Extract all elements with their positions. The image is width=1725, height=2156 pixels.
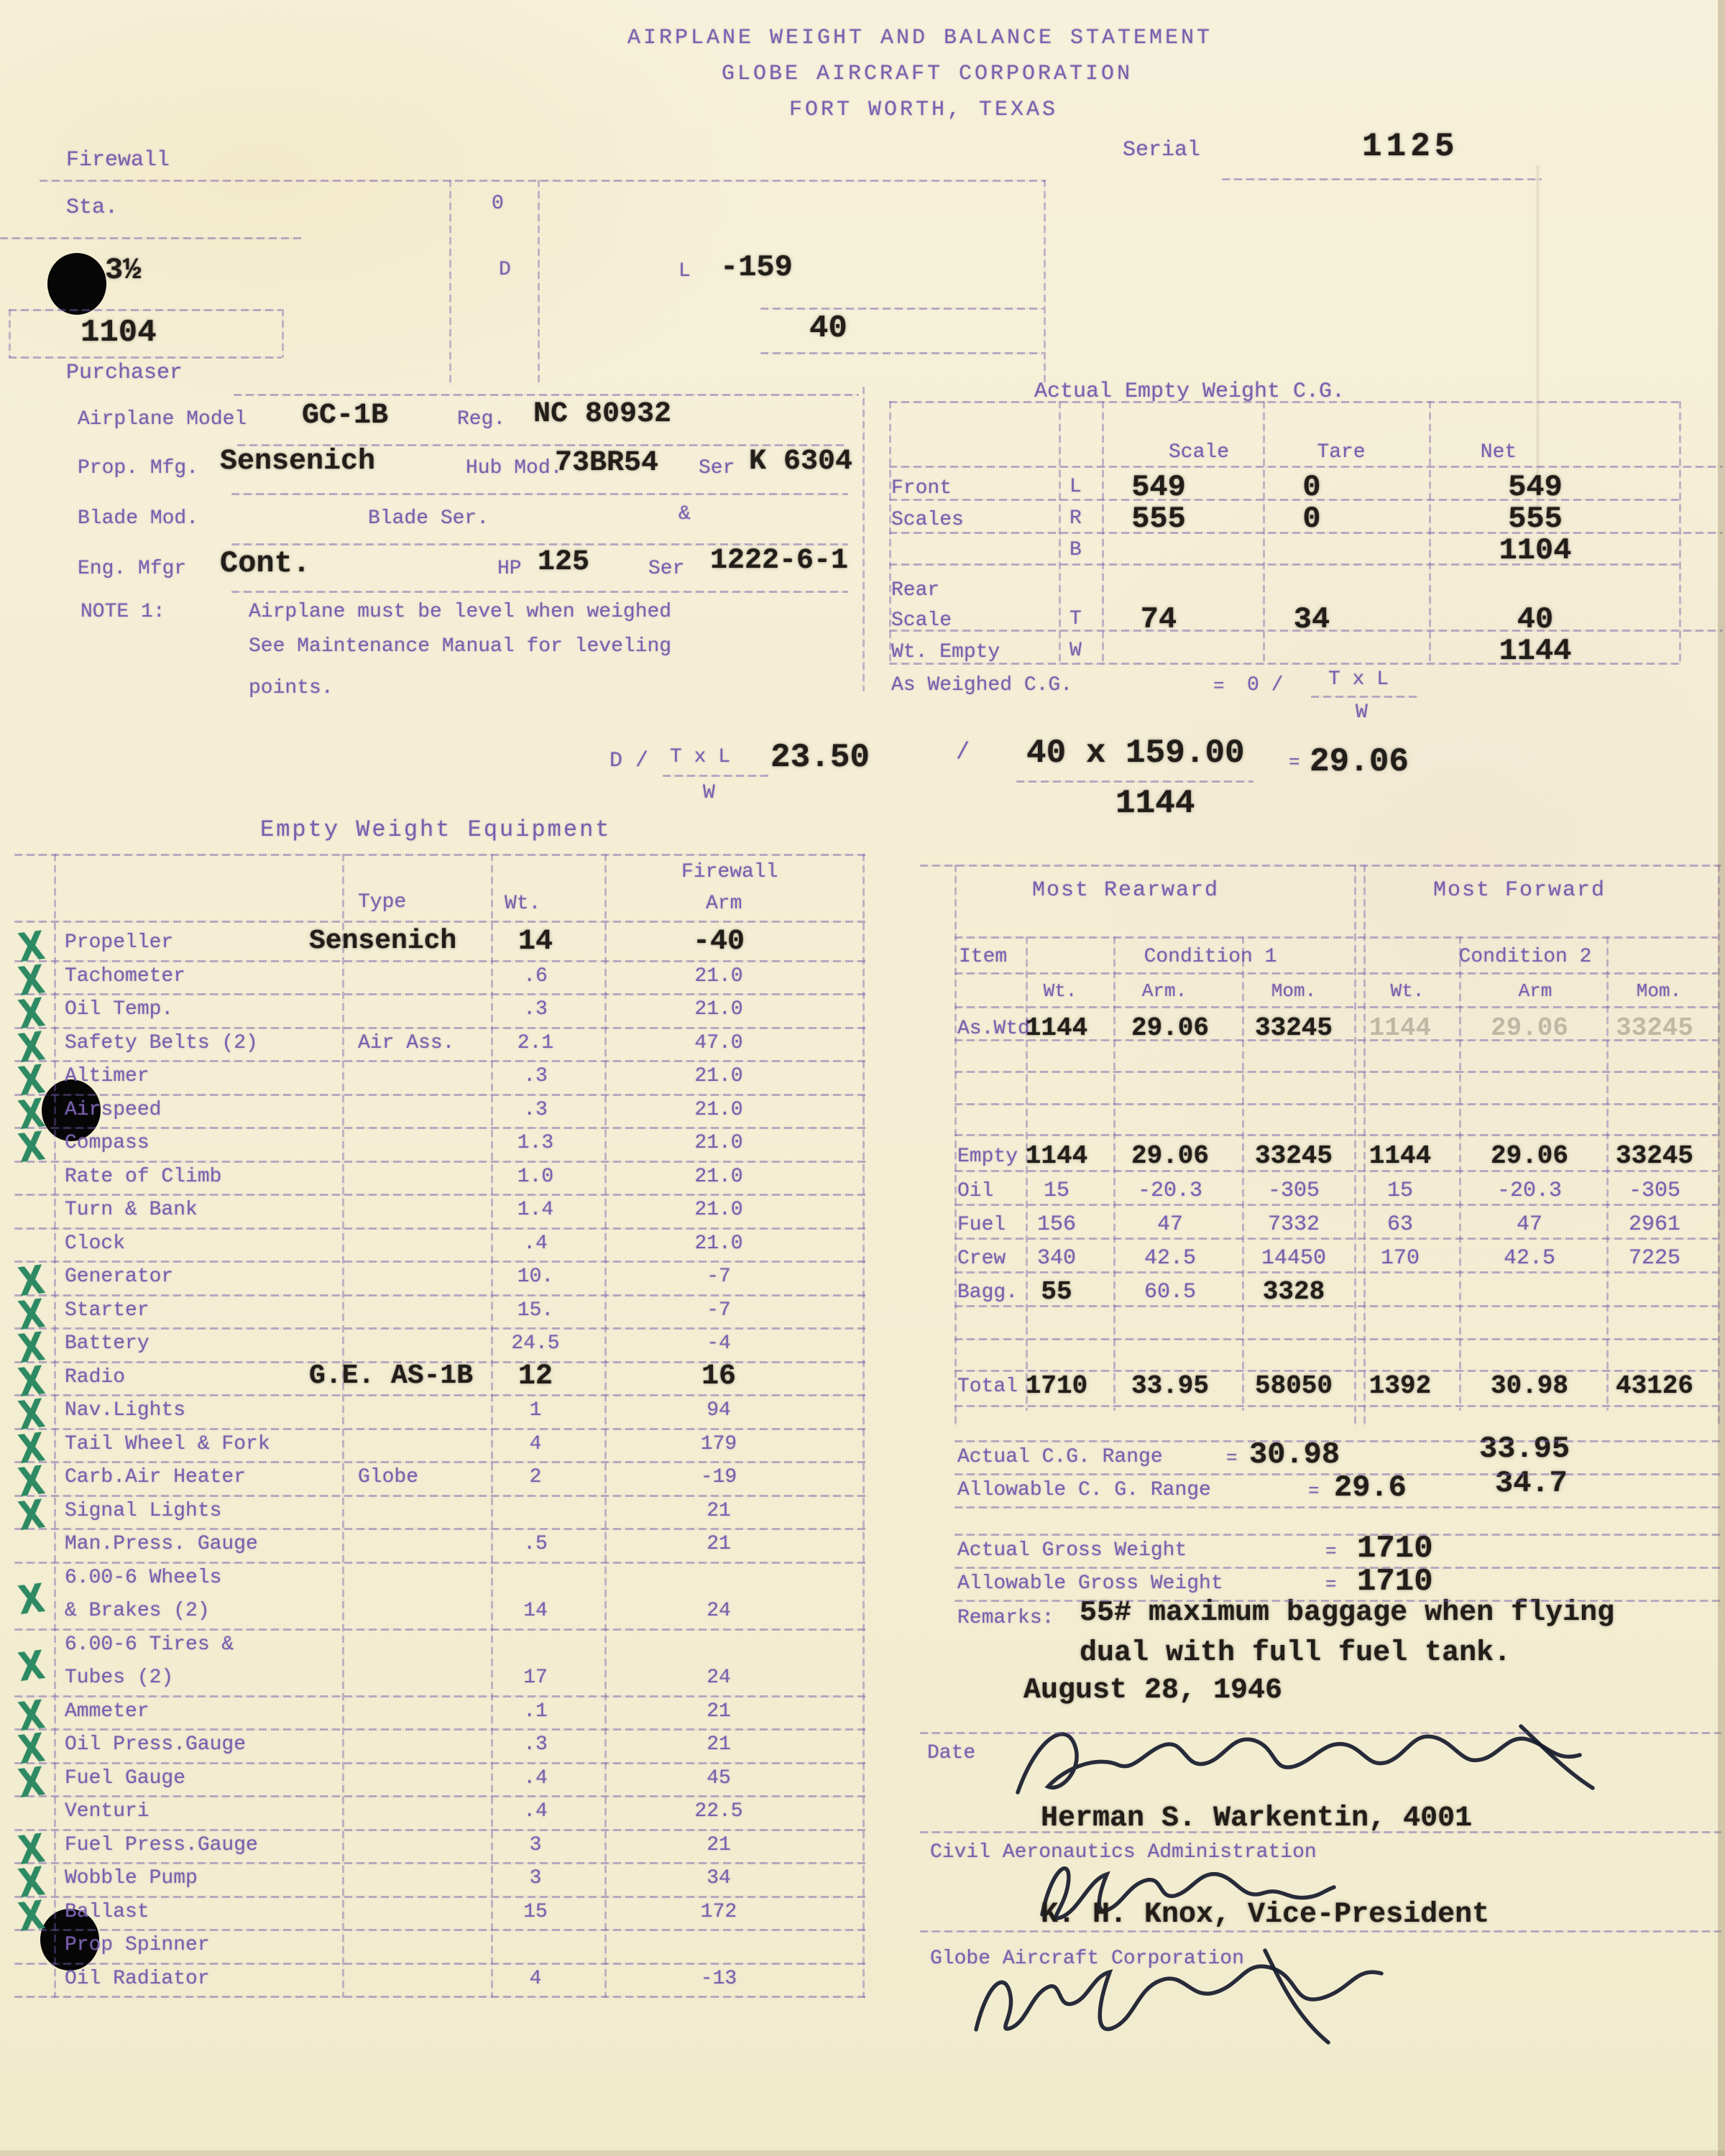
equipment-wt: 2.1 — [517, 1032, 553, 1054]
signature-warkentin-script — [1005, 1705, 1601, 1812]
cond-c2-value: 1144 — [1369, 1141, 1431, 1171]
rule-line-vertical — [1718, 865, 1720, 1427]
rule-line — [920, 1930, 1721, 1932]
equipment-wt: .4 — [523, 1233, 548, 1255]
equipment-item: Oil Temp. — [65, 998, 173, 1021]
equipment-item: Prop Spinner — [65, 1934, 210, 1956]
equipment-item: 6.00-6 Tires & — [65, 1634, 234, 1656]
actual-gross-eq: = — [1325, 1541, 1337, 1562]
rule-line-vertical — [1354, 865, 1356, 1427]
eng-mfgr-label: Eng. Mfgr — [78, 558, 186, 580]
cg-row-letter: T — [1069, 608, 1082, 630]
equipment-item: Radio — [65, 1366, 125, 1388]
eng-mfgr-value: Cont. — [220, 546, 310, 581]
equipment-wt: 15. — [517, 1299, 553, 1322]
cond-sub-header: Arm. — [1142, 980, 1187, 1002]
sig2-typed-name: K. H. Knox, Vice-President — [1041, 1899, 1489, 1931]
rule-line — [14, 1628, 866, 1631]
equipment-col-firewall: Firewall — [681, 861, 778, 883]
cg-tare-value: 34 — [1294, 602, 1330, 637]
equipment-arm: 21 — [707, 1700, 731, 1723]
cond-c1-value: 1710 — [1026, 1371, 1087, 1401]
equipment-item-line2: Tubes (2) — [65, 1667, 173, 1689]
as-weighed-label: As Weighed C.G. — [891, 674, 1072, 696]
actual-gross-label: Actual Gross Weight — [957, 1539, 1187, 1562]
cg-tare-value: 0 — [1302, 502, 1320, 536]
allowable-cg-high: 34.7 — [1495, 1466, 1568, 1501]
signature-smith-script — [956, 1938, 1387, 2053]
rule-line — [237, 444, 845, 446]
formula-eq: = — [1289, 752, 1300, 773]
l-value: -159 — [720, 250, 793, 285]
rule-line — [14, 1695, 866, 1697]
equipment-wt: 1.3 — [517, 1132, 553, 1154]
equipment-wt: 17 — [523, 1667, 548, 1689]
rule-line-vertical — [1679, 401, 1681, 665]
cond-row-item: Oil — [957, 1180, 993, 1202]
equipment-type: Sensenich — [309, 926, 456, 957]
equipment-arm: -7 — [707, 1299, 731, 1322]
cond-c1-value: -20.3 — [1138, 1179, 1202, 1203]
rule-line — [14, 854, 866, 856]
eng-ser-label: Ser — [648, 558, 684, 580]
cond-c2-value: 170 — [1381, 1246, 1420, 1271]
formula-frac-den: W — [703, 782, 715, 804]
rule-line — [14, 1528, 866, 1530]
cond-c1-value: 340 — [1037, 1246, 1076, 1271]
cond-sub-header: Wt. — [1044, 980, 1077, 1002]
purchaser-label: Purchaser — [66, 361, 183, 385]
equipment-arm: 34 — [707, 1867, 731, 1889]
note-line1: Airplane must be level when weighed — [249, 601, 671, 623]
cond-c1-value: -305 — [1268, 1179, 1320, 1203]
hole-punch-top — [47, 253, 106, 315]
ampersand: & — [678, 503, 691, 525]
equipment-item: Oil Press.Gauge — [65, 1733, 246, 1756]
equipment-item: Venturi — [65, 1800, 149, 1823]
cond-c2-value: 15 — [1387, 1179, 1413, 1203]
allowable-gross-eq: = — [1325, 1574, 1337, 1595]
rule-line — [760, 352, 1044, 354]
equipment-arm: 21 — [707, 1500, 731, 1522]
cg-col-net: Net — [1481, 441, 1517, 464]
cond-c2-value: 2961 — [1629, 1212, 1680, 1237]
cg-net-value: 555 — [1508, 502, 1563, 536]
equipment-type: Globe — [358, 1466, 418, 1488]
formula-frac-bar — [663, 775, 769, 777]
rule-line — [14, 1327, 866, 1330]
serial-underline — [1222, 178, 1542, 180]
check-x-mark: X — [16, 1575, 47, 1623]
serial-value: 1125 — [1362, 128, 1458, 165]
prop-mfg-value: Sensenich — [220, 446, 375, 478]
cg-row-label: Rear — [891, 579, 939, 602]
cond-c2-value: 29.06 — [1491, 1013, 1568, 1043]
equipment-arm: 24 — [707, 1600, 731, 1622]
cond-sub-header: Mom. — [1271, 980, 1316, 1002]
cond1-label: Condition 1 — [1144, 946, 1277, 968]
equipment-type: G.E. AS-1B — [309, 1360, 473, 1391]
equipment-wt: .3 — [523, 1065, 548, 1087]
cond-c2-value: 30.98 — [1491, 1371, 1568, 1401]
rule-line-vertical — [1429, 401, 1431, 665]
rule-line — [954, 1600, 1721, 1602]
rule-line — [954, 1506, 1721, 1508]
rule-line-vertical — [1026, 936, 1028, 1411]
cg-net-value: 1144 — [1499, 634, 1572, 668]
equipment-col-wt: Wt. — [505, 893, 540, 915]
cond-c1-value: 58050 — [1255, 1371, 1333, 1401]
rule-line-vertical — [862, 387, 865, 691]
equipment-arm: -40 — [693, 926, 745, 958]
cond-c1-value: 1144 — [1026, 1141, 1087, 1171]
check-x-mark: X — [16, 1758, 47, 1807]
allowable-gross-label: Allowable Gross Weight — [957, 1572, 1223, 1595]
eng-ser-value: 1222-6-1 — [710, 545, 848, 577]
front-net-weight: 1104 — [80, 315, 157, 351]
equipment-item: Rate of Climb — [65, 1166, 221, 1188]
rule-line — [234, 394, 859, 396]
equipment-arm: 21.0 — [694, 1099, 742, 1121]
rear-net-weight: 40 — [809, 310, 847, 346]
equipment-col-type: Type — [358, 891, 406, 913]
cg-scale-value: 555 — [1131, 502, 1186, 536]
cg-tare-value: 0 — [1302, 470, 1320, 505]
cond-row-item: Crew — [957, 1248, 1006, 1270]
rule-line — [954, 1271, 1718, 1273]
rule-line — [14, 1728, 866, 1731]
equipment-wt: .3 — [523, 1099, 548, 1121]
cond-c2-value: -20.3 — [1497, 1179, 1562, 1203]
equipment-item: Wobble Pump — [65, 1867, 198, 1889]
equipment-item: Carb.Air Heater — [65, 1466, 246, 1488]
equipment-arm: 172 — [701, 1901, 737, 1923]
rule-line — [14, 1862, 866, 1864]
rule-line-vertical — [862, 854, 865, 1998]
formula-slash: / — [956, 739, 970, 765]
remarks-date: August 28, 1946 — [1023, 1674, 1282, 1707]
equipment-item: Oil Radiator — [65, 1968, 210, 1990]
rule-line — [14, 1795, 866, 1797]
rule-line — [14, 1829, 866, 1831]
equipment-item: Fuel Gauge — [65, 1767, 185, 1789]
equipment-item: Battery — [65, 1332, 149, 1355]
cond-row-item: Bagg. — [957, 1281, 1018, 1304]
cg-row-letter: R — [1069, 507, 1082, 530]
rule-line — [231, 493, 848, 495]
equipment-item: Turn & Bank — [65, 1199, 198, 1221]
rule-line — [14, 1963, 866, 1965]
rule-line — [14, 1461, 866, 1463]
equipment-arm: 21 — [707, 1733, 731, 1756]
formula-num-value: 40 x 159.00 — [1026, 734, 1245, 772]
cond-c1-value: 33.95 — [1131, 1371, 1209, 1401]
equipment-item: Nav.Lights — [65, 1399, 185, 1422]
rule-line — [889, 401, 1679, 403]
rule-line — [14, 1127, 866, 1129]
rule-line — [920, 865, 1721, 867]
rule-line-vertical — [604, 854, 607, 1998]
equipment-item: Man.Press. Gauge — [65, 1533, 258, 1555]
blade-mod-label: Blade Mod. — [78, 507, 198, 530]
rule-line-vertical — [1044, 180, 1046, 387]
company-city: FORT WORTH, TEXAS — [789, 98, 1058, 122]
equipment-wt: 24.5 — [511, 1332, 559, 1355]
rule-line — [40, 180, 1046, 182]
equipment-arm: 21.0 — [694, 1065, 742, 1087]
hp-label: HP — [497, 558, 522, 580]
sta-label: Sta. — [66, 195, 118, 220]
equipment-item-line2: & Brakes (2) — [65, 1600, 210, 1622]
cond-c1-value: 33245 — [1255, 1013, 1333, 1043]
equipment-title: Empty Weight Equipment — [260, 816, 611, 843]
formula-d-value: 23.50 — [770, 739, 870, 776]
cond-c1-value: 29.06 — [1131, 1141, 1209, 1171]
equipment-col-arm: Arm — [706, 893, 742, 915]
cond-c1-value: 33245 — [1255, 1141, 1333, 1171]
rule-line — [14, 993, 866, 995]
equipment-wt: .4 — [523, 1800, 548, 1823]
rule-line — [954, 1238, 1718, 1240]
cg-row-label: Front — [891, 477, 952, 499]
cond-header-rearward: Most Rearward — [1032, 878, 1219, 903]
rule-line — [0, 237, 302, 239]
serial-label: Serial — [1123, 138, 1200, 162]
reg-value: NC 80932 — [533, 398, 671, 430]
firewall-label: Firewall — [66, 148, 170, 172]
hub-mod-label: Hub Mod. — [466, 457, 562, 479]
remarks-line2: dual with full fuel tank. — [1080, 1637, 1511, 1669]
rule-line — [14, 1161, 866, 1163]
rule-line-vertical — [538, 180, 540, 387]
rule-line — [14, 1762, 866, 1764]
cond-c1-value: 55 — [1041, 1277, 1072, 1307]
rule-line — [14, 960, 866, 962]
cg-net-value: 549 — [1508, 470, 1563, 505]
equipment-wt: 2 — [530, 1466, 542, 1488]
cond-c2-value: 47 — [1517, 1212, 1542, 1237]
cond-c2-value: 7225 — [1629, 1246, 1680, 1271]
rule-line — [920, 1831, 1721, 1833]
cond-row-item: Total — [957, 1376, 1018, 1398]
cond-c1-value: 42.5 — [1144, 1246, 1196, 1271]
rule-line — [954, 1134, 1718, 1136]
as-weighed-frac-num: T x L — [1328, 668, 1389, 691]
rule-line — [14, 1394, 866, 1396]
equipment-arm: 179 — [701, 1433, 737, 1455]
rule-line — [231, 543, 848, 545]
weight-balance-form-scan: AIRPLANE WEIGHT AND BALANCE STATEMENT GL… — [0, 0, 1725, 2156]
rule-line — [954, 1071, 1718, 1073]
as-weighed-eq: = — [1213, 676, 1225, 697]
as-weighed-d: 0 / — [1247, 674, 1283, 696]
cond-c2-value: 1392 — [1369, 1371, 1431, 1401]
equipment-item: Signal Lights — [65, 1500, 221, 1522]
actual-cg-low: 30.98 — [1249, 1437, 1340, 1472]
rule-line-vertical — [1113, 936, 1115, 1411]
equipment-arm: 21.0 — [694, 1233, 742, 1255]
cond2-label: Condition 2 — [1459, 946, 1592, 968]
equipment-item: 6.00-6 Wheels — [65, 1567, 221, 1589]
cond-c2-value: 42.5 — [1504, 1246, 1555, 1271]
rule-line-vertical — [282, 309, 284, 358]
equipment-wt: .6 — [523, 965, 548, 987]
allowable-cg-eq: = — [1308, 1480, 1320, 1502]
rule-line — [14, 1294, 866, 1296]
rule-line — [954, 1405, 1718, 1407]
rule-line — [954, 1534, 1721, 1536]
station-value: 3½ — [105, 253, 141, 287]
rule-line — [954, 1440, 1721, 1442]
note-line2: See Maintenance Manual for leveling — [249, 635, 671, 658]
rule-line — [954, 936, 1718, 939]
cg-col-scale: Scale — [1169, 441, 1229, 464]
cg-row-letter: B — [1069, 539, 1082, 561]
hub-ser-label: Ser — [699, 457, 735, 479]
equipment-item: Starter — [65, 1299, 149, 1322]
hub-mod-value: 73BR54 — [555, 447, 658, 479]
equipment-item: Propeller — [65, 931, 173, 954]
equipment-item: Tail Wheel & Fork — [65, 1433, 270, 1455]
rule-line-vertical — [1606, 936, 1609, 1411]
equipment-wt: 4 — [530, 1968, 542, 1990]
reg-label: Reg. — [457, 408, 505, 430]
cond-c2-value: 33245 — [1616, 1013, 1693, 1043]
rule-line-vertical — [1102, 401, 1104, 665]
rule-line — [954, 1204, 1718, 1206]
sig1-typed-name: Herman S. Warkentin, 4001 — [1041, 1802, 1472, 1835]
rule-line — [231, 591, 848, 593]
cond-c1-value: 14450 — [1261, 1246, 1326, 1271]
equipment-item: Airspeed — [65, 1099, 161, 1121]
rule-line — [14, 1929, 866, 1931]
allowable-cg-low: 29.6 — [1334, 1470, 1407, 1505]
check-x-mark: X — [16, 1491, 47, 1539]
equipment-arm: 21.0 — [694, 1132, 742, 1154]
cg-row-label: Scales — [891, 509, 964, 531]
rule-line-vertical — [1242, 936, 1244, 1411]
equipment-arm: 21.0 — [694, 1166, 742, 1188]
allowable-gross-value: 1710 — [1357, 1564, 1433, 1600]
cond-c2-value: 43126 — [1616, 1371, 1693, 1401]
cond-c1-value: 3328 — [1263, 1277, 1325, 1307]
rule-line — [14, 1996, 866, 1998]
cg-scale-value: 549 — [1131, 470, 1186, 505]
equipment-arm: -4 — [707, 1332, 731, 1355]
rule-line-vertical — [342, 854, 344, 1998]
airplane-model-value: GC-1B — [302, 400, 388, 432]
date-label: Date — [927, 1742, 975, 1764]
equipment-wt: 4 — [530, 1433, 542, 1455]
cond-c1-value: 1144 — [1026, 1013, 1087, 1043]
equipment-wt: 1.4 — [517, 1199, 553, 1221]
equipment-item: Generator — [65, 1266, 173, 1288]
sta-zero: 0 — [492, 193, 504, 215]
blade-ser-label: Blade Ser. — [368, 507, 489, 530]
equipment-wt: 14 — [518, 926, 553, 958]
cond-c2-value: 29.06 — [1491, 1141, 1568, 1171]
actual-cg-eq: = — [1226, 1447, 1238, 1469]
rule-line — [14, 1428, 866, 1430]
rule-line-vertical — [9, 309, 11, 358]
formula-div-bar — [1016, 780, 1253, 783]
equipment-wt: .5 — [523, 1533, 548, 1555]
rule-line — [760, 308, 1044, 310]
equipment-item: Ammeter — [65, 1700, 149, 1723]
equipment-arm: -7 — [707, 1266, 731, 1288]
formula-result: 29.06 — [1310, 743, 1409, 780]
rule-line — [9, 309, 282, 311]
rule-line — [14, 1060, 866, 1062]
rule-line — [954, 1567, 1721, 1569]
rule-line — [14, 1896, 866, 1898]
rule-line — [14, 1094, 866, 1096]
rule-line — [14, 1562, 866, 1564]
equipment-wt: 3 — [530, 1834, 542, 1856]
cg-row-letter: L — [1069, 476, 1082, 498]
cg-row-label: Scale — [891, 609, 952, 632]
cond-c1-value: 7332 — [1268, 1212, 1320, 1237]
check-x-mark: X — [16, 1123, 47, 1171]
formula-den-value: 1144 — [1115, 785, 1195, 822]
remarks-label: Remarks: — [957, 1607, 1054, 1629]
equipment-arm: 45 — [707, 1767, 731, 1789]
note-line3: points. — [249, 677, 333, 699]
rule-line — [920, 1732, 1721, 1734]
rule-line-vertical — [491, 854, 493, 1998]
cond-sub-header: Mom. — [1637, 980, 1681, 1002]
rule-line — [954, 1006, 1718, 1008]
cg-scale-value: 74 — [1141, 602, 1177, 637]
rule-line-vertical — [954, 865, 957, 1427]
cond-row-item: Fuel — [957, 1214, 1006, 1236]
rule-line-vertical — [1363, 865, 1366, 1427]
equipment-wt: .1 — [523, 1700, 548, 1723]
rule-line — [14, 921, 866, 923]
equipment-wt: 1 — [530, 1399, 542, 1422]
equipment-item: Altimer — [65, 1065, 149, 1087]
equipment-arm: 21.0 — [694, 998, 742, 1021]
as-weighed-frac-bar — [1311, 696, 1419, 698]
cg-table-title: Actual Empty Weight C.G. — [1034, 379, 1345, 404]
cond-c2-value: -305 — [1629, 1179, 1680, 1203]
rule-line — [14, 1027, 866, 1029]
equipment-arm: 16 — [701, 1360, 736, 1393]
rule-line — [954, 1338, 1718, 1340]
check-x-mark: X — [16, 1641, 47, 1690]
equipment-type: Air Ass. — [358, 1032, 454, 1054]
rule-line-vertical — [54, 854, 56, 1998]
check-x-mark: X — [16, 1892, 47, 1940]
equipment-wt: 14 — [523, 1600, 548, 1622]
formula-frac-num: T x L — [670, 746, 730, 768]
equipment-wt: 15 — [523, 1901, 548, 1923]
cond-c1-value: 60.5 — [1144, 1280, 1196, 1304]
rule-line — [954, 972, 1718, 975]
equipment-item: Safety Belts (2) — [65, 1032, 258, 1054]
equipment-arm: -13 — [701, 1968, 737, 1990]
rule-line-vertical — [449, 180, 451, 387]
cond-c1-value: 47 — [1157, 1212, 1183, 1237]
equipment-wt: 3 — [530, 1867, 542, 1889]
rule-line — [9, 356, 282, 359]
equipment-arm: -19 — [701, 1466, 737, 1488]
actual-cg-high: 33.95 — [1479, 1432, 1570, 1466]
cond-c1-value: 156 — [1037, 1212, 1076, 1237]
rule-line — [954, 1103, 1718, 1105]
equipment-wt: 12 — [518, 1360, 553, 1393]
cg-net-value: 40 — [1517, 602, 1553, 637]
